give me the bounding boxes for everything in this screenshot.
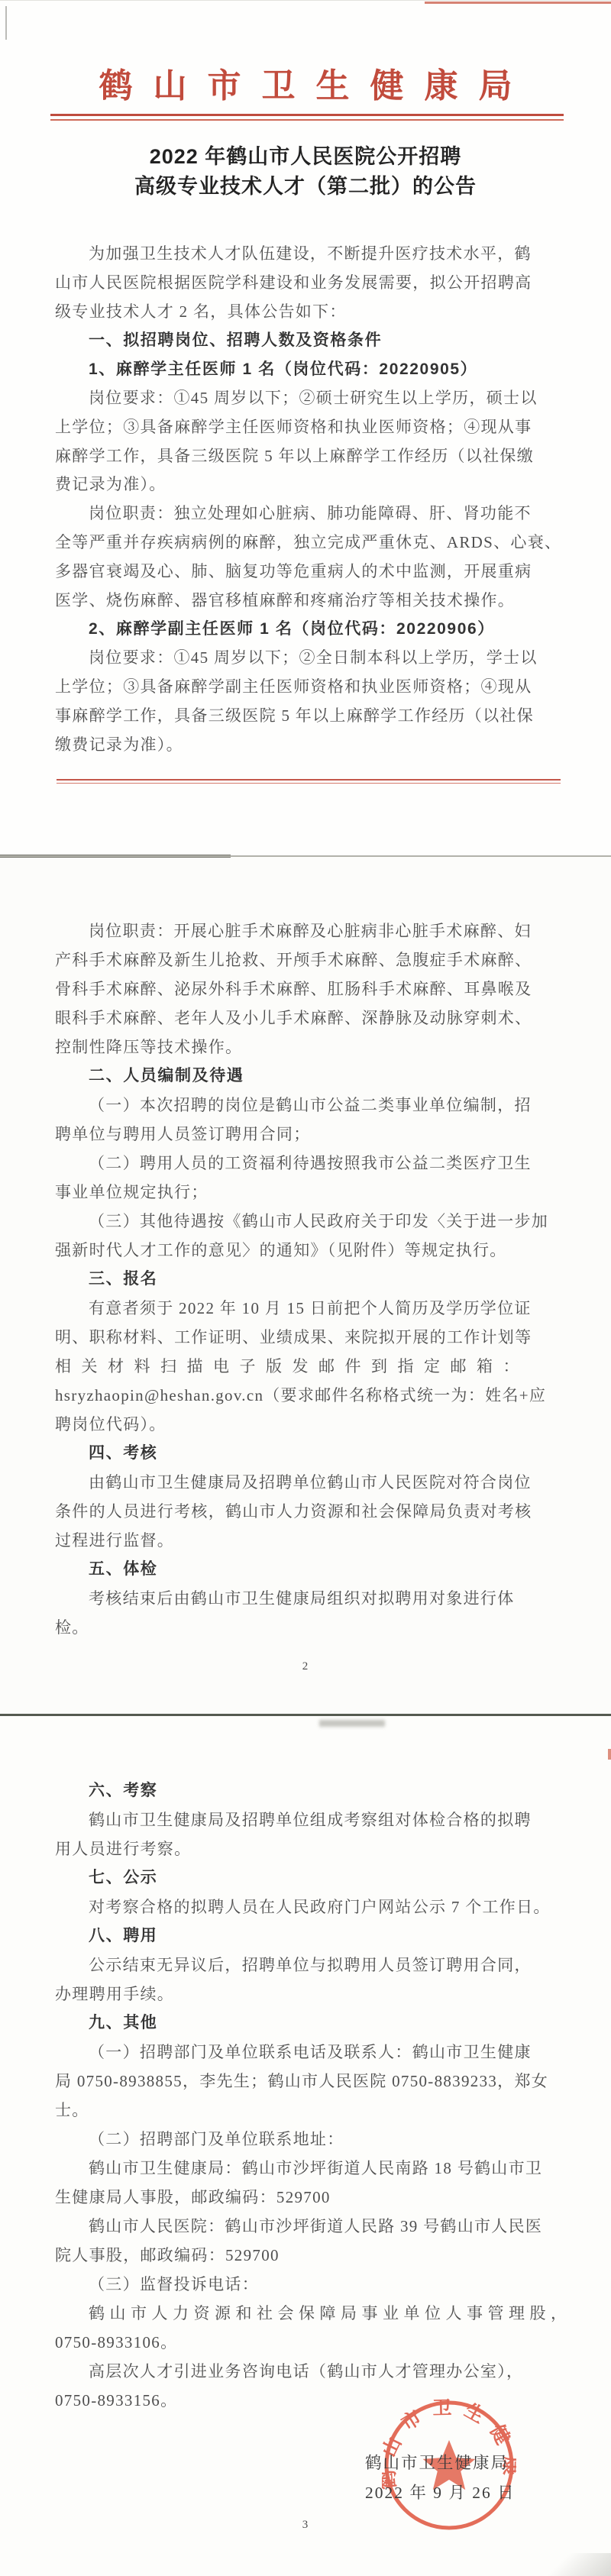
signature-block: 鹤山市卫生健康局 2022 年 9 月 26 日 [365,2448,516,2507]
doc-line: 三、报名 [55,1265,571,1294]
doc-line: 岗位要求：①45 周岁以下；②全日制本科以上学历，学士以 [55,644,571,673]
page-number-3: 3 [0,2519,611,2532]
doc-line: （二）聘用人员的工资福利待遇按照我市公益二类医疗卫生 [55,1149,571,1178]
page-3: 六、考察鹤山市卫生健康局及招聘单位组成考察组对体检合格的拟聘用人员进行考察。七、… [0,1715,611,2576]
doc-line: 鹤山市卫生健康局：鹤山市沙坪街道人民南路 18 号鹤山市卫 [55,2154,571,2183]
doc-line: 八、聘用 [55,1921,571,1951]
doc-line: 岗位职责：独立处理如心脏病、肺功能障碍、肝、肾功能不 [55,499,571,528]
doc-line: 眼科手术麻醉、老年人及小儿手术麻醉、深静脉及动脉穿刺术、 [55,1004,571,1033]
doc-line: 为加强卫生技术人才队伍建设，不断提升医疗技术水平，鹤 [55,240,571,269]
doc-line: 产科手术麻醉及新生儿抢救、开颅手术麻醉、急腹症手术麻醉、 [55,945,571,974]
doc-line: 聘岗位代码）。 [55,1410,571,1439]
page-1-body: 为加强卫生技术人才队伍建设，不断提升医疗技术水平，鹤山市人民医院根据医院学科建设… [55,240,571,759]
page-2-body: 岗位职责：开展心脏手术麻醉及心脏病非心脏手术麻醉、妇产科手术麻醉及新生儿抢救、开… [55,916,571,1642]
doc-line: 岗位要求：①45 周岁以下；②硕士研究生以上学历，硕士以 [55,384,571,413]
doc-line: 一、拟招聘岗位、招聘人数及资格条件 [55,326,571,355]
doc-line: 九、其他 [55,2009,571,2038]
doc-line: 鹤山市人力资源和社会保障局事业单位人事管理股， [55,2299,571,2328]
doc-line: （三）监督投诉电话： [55,2270,571,2299]
doc-line: 2、麻醉学副主任医师 1 名（岗位代码：20220906） [55,615,571,644]
doc-line: 二、人员编制及待遇 [55,1062,571,1091]
doc-line: 有意者须于 2022 年 10 月 15 日前把个人简历及学历学位证 [55,1294,571,1323]
doc-line: 级专业技术人才 2 名，具体公告如下： [55,298,571,327]
doc-line: 考核结束后由鹤山市卫生健康局组织对拟聘用对象进行体 [55,1584,571,1613]
doc-line: 事业单位规定执行； [55,1178,571,1207]
doc-line: 强新时代人才工作的意见〉的通知》（见附件）等规定执行。 [55,1236,571,1265]
doc-line: 事麻醉学工作，具备三级医院 5 年以上麻醉学工作经历（以社保 [55,702,571,731]
doc-line: 麻醉学工作，具备三级医院 5 年以上麻醉学工作经历（以社保缴 [55,442,571,471]
doc-line: 用人员进行考察。 [55,1834,571,1863]
doc-line: 多器官衰竭及心、肺、脑复功等危重病人的术中监测，开展重病 [55,558,571,587]
page-1: 鹤山市卫生健康局 2022 年鹤山市人民医院公开招聘 高级专业技术人才（第二批）… [0,0,611,857]
doc-line: 办理聘用手续。 [55,1980,571,2009]
doc-line: 山市人民医院根据医院学科建设和业务发展需要，拟公开招聘高 [55,269,571,298]
red-header-rule [50,114,564,121]
doc-line: 检。 [55,1613,571,1642]
doc-line: 对考察合格的拟聘人员在人民政府门户网站公示 7 个工作日。 [55,1892,571,1921]
doc-line: 士。 [55,2096,571,2125]
doc-line: 四、考核 [55,1439,571,1468]
page-3-body: 六、考察鹤山市卫生健康局及招聘单位组成考察组对体检合格的拟聘用人员进行考察。七、… [55,1776,571,2415]
doc-line: 六、考察 [55,1776,571,1805]
doc-line: 上学位；③具备麻醉学副主任医师资格和执业医师资格；④现从 [55,673,571,702]
doc-line: 生健康局人事股，邮政编码：529700 [55,2183,571,2212]
signature-date: 2022 年 9 月 26 日 [365,2478,516,2508]
doc-line: 骨科手术麻醉、泌尿外科手术麻醉、肛肠科手术麻醉、耳鼻喉及 [55,974,571,1004]
doc-line: （二）招聘部门及单位联系地址： [55,2125,571,2154]
doc-line: 公示结束无异议后，招聘单位与拟聘用人员签订聘用合同， [55,1951,571,1980]
doc-line: 上学位；③具备麻醉学主任医师资格和执业医师资格；④现从事 [55,413,571,442]
doc-line: 医学、烧伤麻醉、器官移植麻醉和疼痛治疗等相关技术操作。 [55,587,571,616]
doc-line: 聘单位与聘用人员签订聘用合同； [55,1120,571,1149]
red-footer-rule [57,779,561,784]
document-title-line-1: 2022 年鹤山市人民医院公开招聘 [0,142,611,172]
doc-line: 控制性降压等技术操作。 [55,1033,571,1062]
signature-agency: 鹤山市卫生健康局 [365,2448,516,2478]
doc-line: 全等严重并存疾病病例的麻醉，独立完成严重休克、ARDS、心衰、 [55,528,571,558]
doc-line: 明、职称材料、工作证明、业绩成果、来院拟开展的工作计划等 [55,1323,571,1352]
doc-line: 局 0750-8938855，李先生；鹤山市人民医院 0750-8839233，… [55,2067,571,2096]
doc-line: （一）招聘部门及单位联系电话及联系人：鹤山市卫生健康 [55,2038,571,2067]
document-title-line-2: 高级专业技术人才（第二批）的公告 [0,172,611,202]
doc-line: 缴费记录为准）。 [55,731,571,760]
doc-line: 岗位职责：开展心脏手术麻醉及心脏病非心脏手术麻醉、妇 [55,916,571,945]
doc-line: 鹤山市人民医院：鹤山市沙坪街道人民路 39 号鹤山市人民医 [55,2212,571,2241]
doc-line: 费记录为准）。 [55,470,571,499]
doc-line: 鹤山市卫生健康局及招聘单位组成考察组对体检合格的拟聘 [55,1805,571,1834]
page-2: 岗位职责：开展心脏手术麻醉及心脏病非心脏手术麻醉、妇产科手术麻醉及新生儿抢救、开… [0,857,611,1715]
page-number-2: 2 [0,1660,611,1673]
document-title: 2022 年鹤山市人民医院公开招聘 高级专业技术人才（第二批）的公告 [0,142,611,202]
scanned-document: 鹤山市卫生健康局 2022 年鹤山市人民医院公开招聘 高级专业技术人才（第二批）… [0,0,611,2576]
doc-line: 条件的人员进行考核，鹤山市人力资源和社会保障局负责对考核 [55,1497,571,1526]
doc-line: 由鹤山市卫生健康局及招聘单位鹤山市人民医院对符合岗位 [55,1468,571,1497]
doc-line: 相关材料扫描电子版发邮件到指定邮箱： [55,1352,571,1381]
doc-line: hsryzhaopin@heshan.gov.cn（要求邮件名称格式统一为：姓名… [55,1381,571,1410]
doc-line: 1、麻醉学主任医师 1 名（岗位代码：20220905） [55,355,571,384]
doc-line: （一）本次招聘的岗位是鹤山市公益二类事业单位编制，招 [55,1091,571,1120]
doc-line: 五、体检 [55,1555,571,1584]
doc-line: 过程进行监督。 [55,1526,571,1555]
doc-line: （三）其他待遇按《鹤山市人民政府关于印发〈关于进一步加 [55,1207,571,1236]
doc-line: 七、公示 [55,1863,571,1892]
doc-line: 0750-8933106。 [55,2328,571,2357]
agency-header-title: 鹤山市卫生健康局 [0,63,611,110]
doc-line: 院人事股，邮政编码：529700 [55,2241,571,2270]
doc-line: 高层次人才引进业务咨询电话（鹤山市人才管理办公室）， [55,2357,571,2386]
